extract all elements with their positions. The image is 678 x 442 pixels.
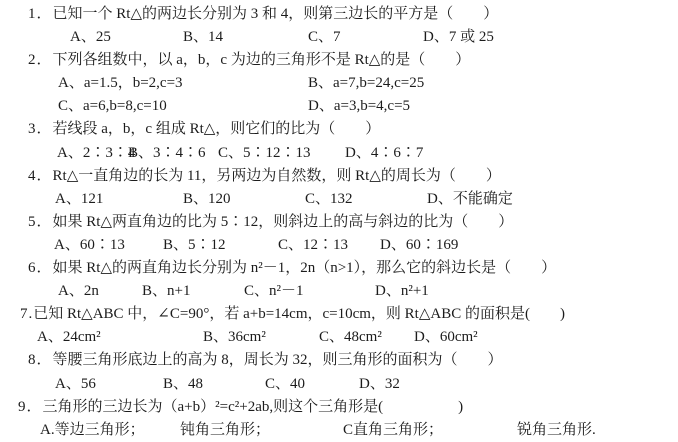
question-stem: 已知 Rt△ABC 中，∠C=90°，若 a+b=14cm，c=10cm，则 R… (33, 306, 565, 322)
question-number: 9． (18, 399, 43, 415)
option: 钝角三角形； (180, 419, 343, 442)
option: A、60∶13 (54, 234, 163, 257)
question-3-stem-line: 3．若线段 a，b，c 组成 Rt△，则它们的比为（ ） (0, 118, 678, 141)
option: B、a=7,b=24,c=25 (308, 72, 678, 95)
question-4-options: A、121 B、120 C、132 D、不能确定 (0, 188, 678, 211)
question-7: 7.已知 Rt△ABC 中，∠C=90°，若 a+b=14cm，c=10cm，则… (0, 303, 678, 349)
question-9: 9．三角形的三边长为（a+b）²=c²+2ab,则这个三角形是( ) A.等边三… (0, 396, 678, 442)
option: C、n²－1 (244, 280, 375, 303)
question-4-stem-line: 4．Rt△一直角边的长为 11，另两边为自然数，则 Rt△的周长为（ ） (0, 165, 678, 188)
question-1: 1．已知一个 Rt△的两边长分别为 3 和 4，则第三边长的平方是（ ） A、2… (0, 3, 678, 49)
math-worksheet: 1．已知一个 Rt△的两边长分别为 3 和 4，则第三边长的平方是（ ） A、2… (0, 0, 678, 442)
question-4: 4．Rt△一直角边的长为 11，另两边为自然数，则 Rt△的周长为（ ） A、1… (0, 165, 678, 211)
question-number: 3． (28, 121, 53, 137)
option: D、不能确定 (427, 188, 678, 211)
question-6-stem-line: 6．如果 Rt△的两直角边长分别为 n²－1，2n（n>1），那么它的斜边长是（… (0, 257, 678, 280)
question-3-options: A、2∶3∶4 B、3∶4∶6 C、5∶12∶13 D、4∶6∶7 (0, 142, 678, 165)
question-number: 5． (28, 214, 53, 230)
question-number: 1． (28, 6, 53, 22)
option: C、132 (305, 188, 427, 211)
question-stem: Rt△一直角边的长为 11，另两边为自然数，则 Rt△的周长为（ ） (53, 168, 501, 184)
question-2-stem-line: 2．下列各组数中，以 a，b，c 为边的三角形不是 Rt△的是（ ） (0, 49, 678, 72)
option: B、3∶4∶6 (128, 142, 218, 165)
option: D、32 (359, 373, 678, 396)
option: D、60∶169 (380, 234, 678, 257)
question-5-stem-line: 5．如果 Rt△两直角边的比为 5∶12，则斜边上的高与斜边的比为（ ） (0, 211, 678, 234)
option: A、a=1.5，b=2,c=3 (58, 72, 308, 95)
option: D、7 或 25 (423, 26, 678, 49)
option: D、a=3,b=4,c=5 (308, 95, 678, 118)
option: D、60cm² (414, 326, 678, 349)
question-stem: 如果 Rt△的两直角边长分别为 n²－1，2n（n>1），那么它的斜边长是（ ） (53, 260, 557, 276)
option: A、56 (55, 373, 163, 396)
question-5: 5．如果 Rt△两直角边的比为 5∶12，则斜边上的高与斜边的比为（ ） A、6… (0, 211, 678, 257)
option: A、24cm² (37, 326, 203, 349)
option: A、2∶3∶4 (57, 142, 128, 165)
question-stem: 等腰三角形底边上的高为 8，周长为 32，则三角形的面积为（ ） (53, 352, 503, 368)
question-stem: 如果 Rt△两直角边的比为 5∶12，则斜边上的高与斜边的比为（ ） (53, 214, 514, 230)
question-2: 2．下列各组数中，以 a，b，c 为边的三角形不是 Rt△的是（ ） A、a=1… (0, 49, 678, 118)
question-8: 8．等腰三角形底边上的高为 8，周长为 32，则三角形的面积为（ ） A、56 … (0, 349, 678, 395)
option: A、121 (55, 188, 183, 211)
question-7-stem-line: 7.已知 Rt△ABC 中，∠C=90°，若 a+b=14cm，c=10cm，则… (0, 303, 678, 326)
option: A.等边三角形； (40, 419, 180, 442)
question-number: 6． (28, 260, 53, 276)
question-number: 8． (28, 352, 53, 368)
question-1-stem-line: 1．已知一个 Rt△的两边长分别为 3 和 4，则第三边长的平方是（ ） (0, 3, 678, 26)
question-number: 2． (28, 52, 53, 68)
question-9-stem-line: 9．三角形的三边长为（a+b）²=c²+2ab,则这个三角形是( ) (0, 396, 678, 419)
question-2-options-row-1: A、a=1.5，b=2,c=3 B、a=7,b=24,c=25 (0, 72, 678, 95)
question-number: 4． (28, 168, 53, 184)
question-1-options: A、25 B、14 C、7 D、7 或 25 (0, 26, 678, 49)
question-9-options: A.等边三角形； 钝角三角形； C直角三角形； 锐角三角形. (0, 419, 678, 442)
question-6: 6．如果 Rt△的两直角边长分别为 n²－1，2n（n>1），那么它的斜边长是（… (0, 257, 678, 303)
option: C、5∶12∶13 (218, 142, 345, 165)
option: B、14 (183, 26, 308, 49)
question-6-options: A、2n B、n+1 C、n²－1 D、n²+1 (0, 280, 678, 303)
question-7-options: A、24cm² B、36cm² C、48cm² D、60cm² (0, 326, 678, 349)
question-5-options: A、60∶13 B、5∶12 C、12∶13 D、60∶169 (0, 234, 678, 257)
option: A、2n (58, 280, 142, 303)
question-8-options: A、56 B、48 C、40 D、32 (0, 373, 678, 396)
question-2-options-row-2: C、a=6,b=8,c=10 D、a=3,b=4,c=5 (0, 95, 678, 118)
question-3: 3．若线段 a，b，c 组成 Rt△，则它们的比为（ ） A、2∶3∶4 B、3… (0, 118, 678, 164)
question-stem: 三角形的三边长为（a+b）²=c²+2ab,则这个三角形是( ) (43, 399, 464, 415)
option: C、48cm² (319, 326, 414, 349)
option: C直角三角形； (343, 419, 517, 442)
question-number: 7. (20, 306, 33, 322)
option: B、n+1 (142, 280, 244, 303)
question-stem: 下列各组数中，以 a，b，c 为边的三角形不是 Rt△的是（ ） (53, 52, 471, 68)
option: B、36cm² (203, 326, 319, 349)
option: A、25 (70, 26, 183, 49)
option: B、120 (183, 188, 305, 211)
question-stem: 已知一个 Rt△的两边长分别为 3 和 4，则第三边长的平方是（ ） (53, 6, 499, 22)
option: C、40 (265, 373, 359, 396)
question-stem: 若线段 a，b，c 组成 Rt△，则它们的比为（ ） (53, 121, 381, 137)
question-8-stem-line: 8．等腰三角形底边上的高为 8，周长为 32，则三角形的面积为（ ） (0, 349, 678, 372)
option: D、n²+1 (375, 280, 678, 303)
option: 锐角三角形. (517, 419, 678, 442)
option: C、12∶13 (278, 234, 380, 257)
option: C、7 (308, 26, 423, 49)
option: D、4∶6∶7 (345, 142, 678, 165)
option: B、5∶12 (163, 234, 278, 257)
option: B、48 (163, 373, 265, 396)
option: C、a=6,b=8,c=10 (58, 95, 308, 118)
